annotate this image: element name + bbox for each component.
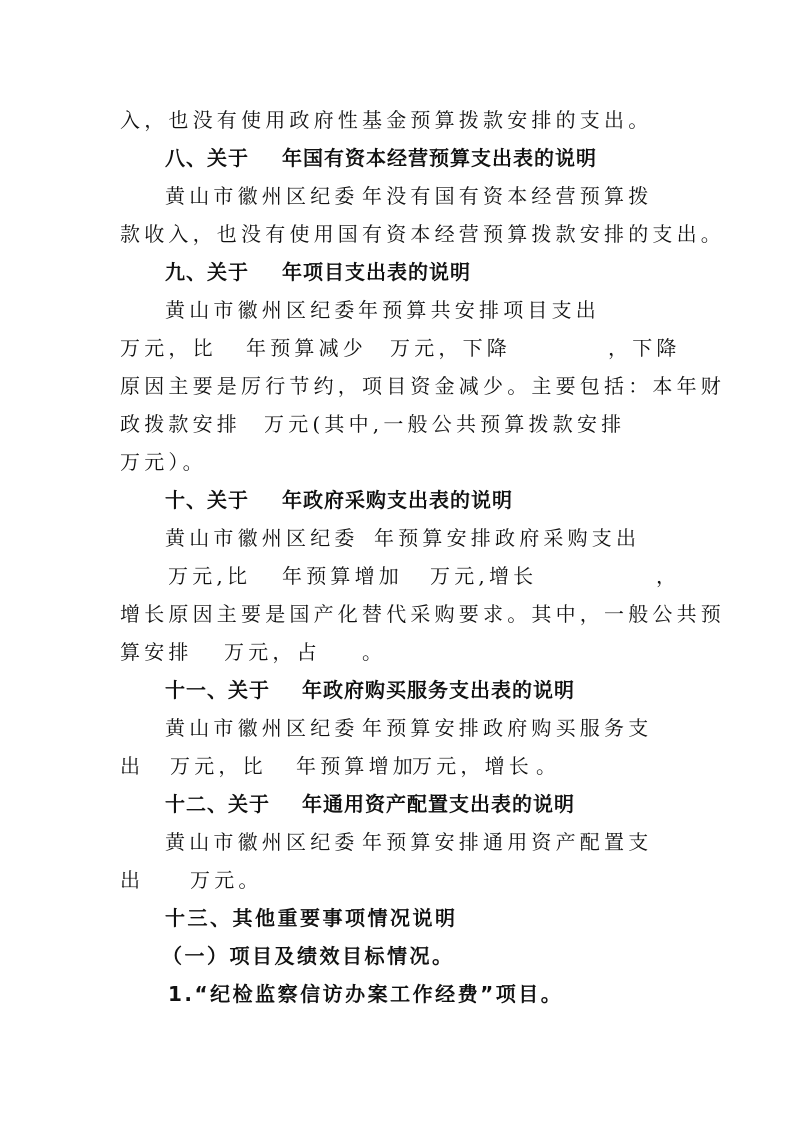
paragraph-text: 黄山市徽州区纪委 (165, 830, 359, 854)
paragraph-text: 万元,比 (168, 564, 251, 588)
paragraph-text: 万元，比 (170, 754, 267, 778)
paragraph-text: 万元(其中,一般公共预算拨款安排 (264, 412, 625, 436)
paragraph-text: 原因主要是厉行节约，项目资金减少。主要包括：本年财 (120, 374, 725, 398)
paragraph-text: 入，也没有使用政府性基金预算拨款安排的支出。 (120, 108, 652, 132)
paragraph-text: 。 (536, 754, 560, 778)
paragraph-text: 万元。 (190, 868, 263, 892)
paragraph-text: ， (656, 564, 680, 588)
paragraph-text: 万元，增长 (412, 754, 533, 778)
section-heading: 十一、关于 (165, 678, 270, 702)
paragraph-text: 黄山市徽州区纪委 (165, 298, 359, 322)
paragraph-text: 款收入，也没有使用国有资本经营预算拨款安排的支出。 (120, 222, 725, 246)
paragraph-text: 年预算增加 (282, 564, 403, 588)
section-heading: 十二、关于 (165, 792, 270, 816)
paragraph-text: 黄山市徽州区纪委 (165, 526, 359, 550)
section-heading: 年国有资本经营预算支出表的说明 (282, 146, 597, 170)
section-heading: 年项目支出表的说明 (282, 260, 471, 284)
section-heading: （一）项目及绩效目标情况。 (162, 944, 455, 968)
paragraph-text: 万元,增长 (430, 564, 537, 588)
paragraph-text: 年预算减少 (246, 336, 367, 360)
paragraph-text: 年预算安排政府采购支出 (374, 526, 640, 550)
paragraph-text: 增长原因主要是国产化替代采购要求。其中，一般公共预 (120, 602, 725, 626)
section-heading: 十三、其他重要事项情况说明 (165, 906, 458, 930)
paragraph-text: 政拨款安排 (120, 412, 241, 436)
paragraph-text: 年预算安排通用资产配置支 (362, 830, 652, 854)
paragraph-text: 出 (120, 754, 144, 778)
document-page: 入，也没有使用政府性基金预算拨款安排的支出。八、关于年国有资本经营预算支出表的说… (0, 0, 793, 1122)
section-heading: 年政府购买服务支出表的说明 (302, 678, 575, 702)
section-heading: 年政府采购支出表的说明 (282, 488, 513, 512)
paragraph-text: 黄山市徽州区纪委 (165, 716, 359, 740)
paragraph-text: 万元）。 (120, 450, 207, 474)
paragraph-text: 年没有国有资本经营预算拨 (362, 184, 652, 208)
paragraph-text: 万元，占 (224, 640, 321, 664)
section-heading: 1.“纪检监察信访办案工作经费”项目。 (168, 982, 563, 1006)
paragraph-text: 出 (120, 868, 144, 892)
paragraph-text: 算安排 (120, 640, 193, 664)
section-heading: 年通用资产配置支出表的说明 (302, 792, 575, 816)
paragraph-text: 万元，下降 (390, 336, 511, 360)
paragraph-text: 。 (362, 640, 386, 664)
section-heading: 十、关于 (165, 488, 249, 512)
paragraph-text: ，下降 (608, 336, 681, 360)
paragraph-text: 年预算安排政府购买服务支 (362, 716, 652, 740)
paragraph-text: 年预算增加 (296, 754, 417, 778)
section-heading: 八、关于 (165, 146, 249, 170)
paragraph-text: 万元，比 (120, 336, 217, 360)
paragraph-text: 黄山市徽州区纪委 (165, 184, 359, 208)
section-heading: 九、关于 (165, 260, 249, 284)
paragraph-text: 年预算共安排项目支出 (358, 298, 600, 322)
